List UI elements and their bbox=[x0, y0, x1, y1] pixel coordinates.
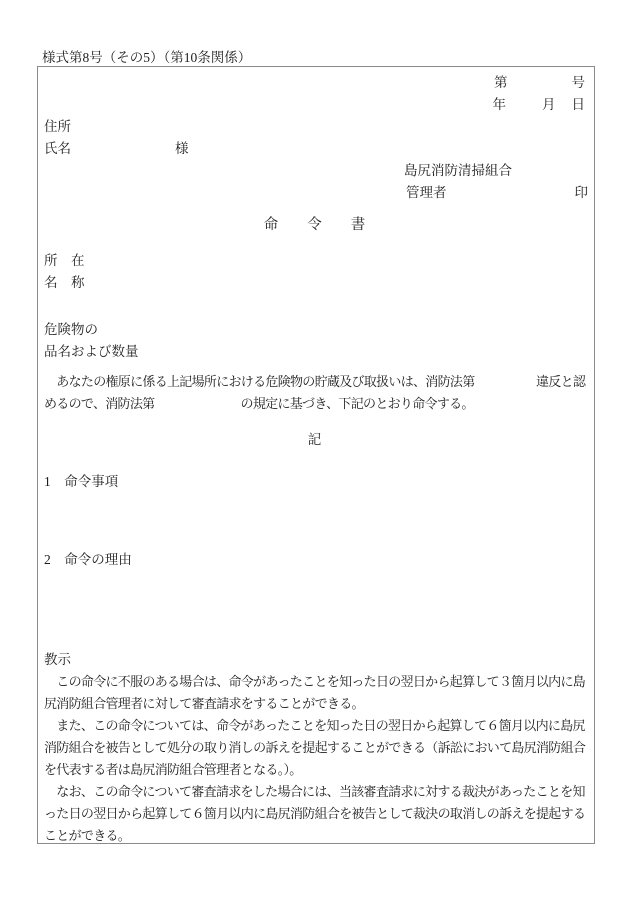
kyoji-paragraph-line: った日の翌日から起算して６箇月以内に島尻消防組合を被告として裁決の取消しの訴えを… bbox=[44, 803, 585, 825]
subject-location-line: 所 在 bbox=[44, 250, 585, 272]
kyoji-paragraph-line: また、この命令については、命令があったことを知った日の翌日から起算して６箇月以内… bbox=[44, 715, 585, 737]
date-day-label: 日 bbox=[572, 97, 586, 112]
issuer-org-name: 島尻消防清掃組合 bbox=[404, 163, 512, 178]
doc-number-line: 第号 bbox=[44, 72, 585, 94]
date-month-label: 月 bbox=[542, 97, 556, 112]
kyoji-paragraph-line: この命令に不服のある場合は、命令があったことを知った日の翌日から起算して３箇月以… bbox=[44, 671, 585, 693]
main-paragraph-line: あなたの権原に係る上記場所における危険物の貯蔵及び取扱いは、消防法第 違反と認 bbox=[44, 371, 585, 393]
address-line: 住所 bbox=[44, 116, 585, 138]
name-line: 氏名様 bbox=[44, 138, 585, 160]
main-paragraph: あなたの権原に係る上記場所における危険物の貯蔵及び取扱いは、消防法第 違反と認 … bbox=[44, 371, 585, 415]
honorific-label: 様 bbox=[175, 141, 189, 156]
date-year-label: 年 bbox=[493, 97, 507, 112]
main-paragraph-line: めるので、消防法第 の規定に基づき、下記のとおり命令する。 bbox=[44, 393, 585, 415]
kyoji-paragraph-line: 尻消防組合管理者に対して審査請求をすることができる。 bbox=[44, 693, 585, 715]
subject-name-line: 名 称 bbox=[44, 272, 585, 294]
form-caption: 様式第8号（その5）（第10条関係） bbox=[42, 46, 251, 66]
date-line: 年月日 bbox=[44, 94, 585, 116]
issuer-org-line: 島尻消防清掃組合 bbox=[404, 160, 585, 182]
kyoji-heading: 教示 bbox=[44, 649, 585, 671]
kyoji-paragraph-line: ことができる。 bbox=[44, 825, 585, 847]
document-page: 様式第8号（その5）（第10条関係） 第号 年月日 住所 氏名様 島尻消防清掃組… bbox=[0, 0, 630, 903]
kyoji-paragraph-line: 消防組合を被告として処分の取り消しの訴えを提起することができる（訴訟において島尻… bbox=[44, 737, 585, 759]
issuer-title-line: 管理者印 bbox=[406, 182, 585, 204]
order-item-1: 1 命令事項 bbox=[44, 471, 585, 493]
doc-number-suffix: 号 bbox=[572, 75, 586, 90]
order-item-2: 2 命令の理由 bbox=[44, 549, 585, 571]
kyoji-paragraph-2: また、この命令については、命令があったことを知った日の翌日から起算して６箇月以内… bbox=[44, 715, 585, 781]
kyoji-paragraph-3: なお、この命令について審査請求をした場合には、当該審査請求に対する裁決があったこ… bbox=[44, 781, 585, 847]
hazmat-label-line2: 品名および数量 bbox=[44, 341, 585, 363]
issuer-title: 管理者 bbox=[406, 185, 447, 200]
kyoji-paragraph-line: なお、この命令について審査請求をした場合には、当該審査請求に対する裁決があったこ… bbox=[44, 781, 585, 803]
kyoji-paragraph-1: この命令に不服のある場合は、命令があったことを知った日の翌日から起算して３箇月以… bbox=[44, 671, 585, 715]
doc-number-prefix: 第 bbox=[494, 75, 508, 90]
seal-mark: 印 bbox=[575, 185, 589, 200]
ki-heading: 記 bbox=[44, 429, 585, 451]
name-label: 氏名 bbox=[44, 141, 71, 156]
document-border-box: 第号 年月日 住所 氏名様 島尻消防清掃組合 管理者印 命 令 書 所 在 名 … bbox=[37, 66, 595, 844]
hazmat-label-line1: 危険物の bbox=[44, 319, 585, 341]
address-label: 住所 bbox=[44, 119, 71, 134]
document-title: 命 令 書 bbox=[44, 214, 585, 236]
kyoji-paragraph-line: を代表する者は島尻消防組合管理者となる。）。 bbox=[44, 759, 585, 781]
